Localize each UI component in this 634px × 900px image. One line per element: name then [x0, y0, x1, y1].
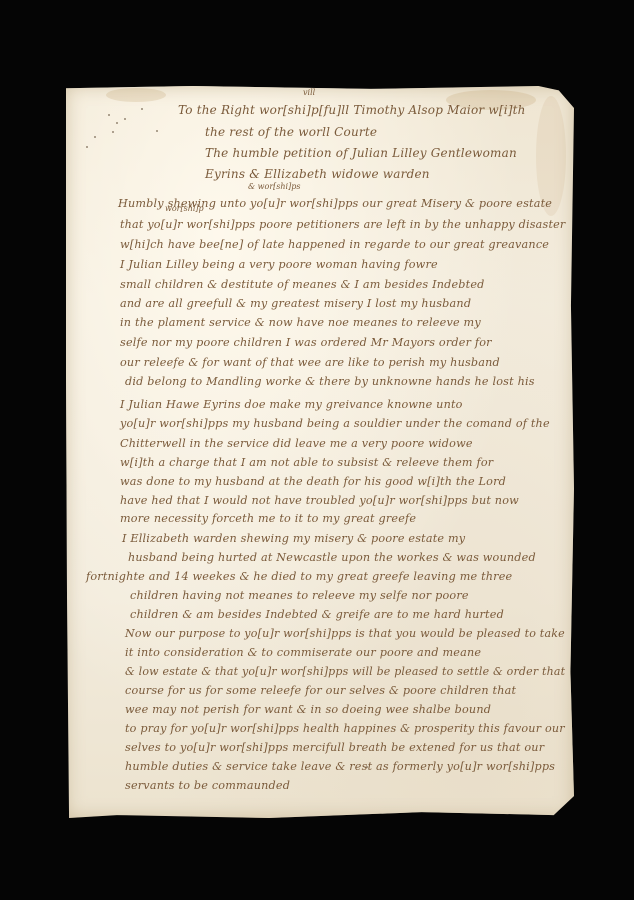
body-line: it into consideration & to commiserate o… — [125, 646, 481, 659]
body-line: servants to be commaunded — [125, 779, 290, 792]
heading-line: The humble petition of Julian Lilley Gen… — [205, 146, 517, 160]
foxing-spot — [86, 146, 88, 148]
body-line: in the plament service & now have noe me… — [120, 316, 481, 329]
body-line: more necessity forceth me to it to my gr… — [120, 512, 416, 525]
body-line: humble duties & service take leave & res… — [125, 760, 555, 773]
foxing-spot — [156, 130, 158, 132]
body-line: yo[u]r wor[shi]pps my husband being a so… — [120, 417, 550, 430]
body-line: wee may not perish for want & in so doei… — [125, 703, 491, 716]
body-line: small children & destitute of meanes & I… — [120, 278, 485, 291]
foxing-spot — [124, 118, 126, 120]
heading-line: To the Right wor[shi]p[fu]ll Timothy Als… — [178, 103, 526, 117]
body-line: & low estate & that yo[u]r wor[shi]pps w… — [125, 665, 565, 678]
body-line: husband being hurted at Newcastle upon t… — [128, 551, 536, 564]
body-line: fortnighte and 14 weekes & he died to my… — [86, 570, 512, 583]
body-line: selfe nor my poore children I was ordere… — [120, 336, 492, 349]
body-line: I Ellizabeth warden shewing my misery & … — [122, 532, 465, 545]
body-line: Humbly shewing unto yo[u]r wor[shi]pps o… — [118, 197, 552, 210]
body-superscript: & wor[shi]ps — [248, 182, 300, 191]
body-line: did belong to Mandling worke & there by … — [125, 375, 535, 388]
foxing-spot — [94, 136, 96, 138]
foxing-spot — [141, 108, 143, 110]
body-line: that yo[u]r wor[shi]pps poore petitioner… — [120, 218, 565, 231]
heading-line: the rest of the worll Courte — [205, 125, 377, 139]
heading-superscript: vill — [303, 88, 315, 97]
body-line: children & am besides Indebted & greife … — [130, 608, 504, 621]
body-line: I Julian Lilley being a very poore woman… — [120, 258, 438, 271]
foxing-spot — [108, 114, 110, 116]
body-line: selves to yo[u]r wor[shi]pps mercifull b… — [125, 741, 544, 754]
body-line: and are all greefull & my greatest miser… — [120, 297, 471, 310]
body-line: children having not meanes to releeve my… — [130, 589, 469, 602]
body-line: w[i]th a charge that I am not able to su… — [120, 456, 493, 469]
body-line: our releefe & for want of that wee are l… — [120, 356, 500, 369]
body-line: Chitterwell in the service did leave me … — [120, 437, 473, 450]
body-line: w[hi]ch have bee[ne] of late happened in… — [120, 238, 549, 251]
heading-line: Eyrins & Ellizabeth widowe warden — [205, 167, 430, 181]
body-line: course for us for some releefe for our s… — [125, 684, 516, 697]
paper-stain — [106, 88, 166, 102]
body-line: to pray for yo[u]r wor[shi]pps health ha… — [125, 722, 565, 735]
foxing-spot — [116, 122, 118, 124]
body-line: I Julian Hawe Eyrins doe make my greivan… — [120, 398, 463, 411]
foxing-spot — [112, 131, 114, 133]
body-line: Now our purpose to yo[u]r wor[shi]pps is… — [125, 627, 565, 640]
body-line: was done to my husband at the death for … — [120, 475, 506, 488]
body-line: have hed that I would not have troubled … — [120, 494, 519, 507]
